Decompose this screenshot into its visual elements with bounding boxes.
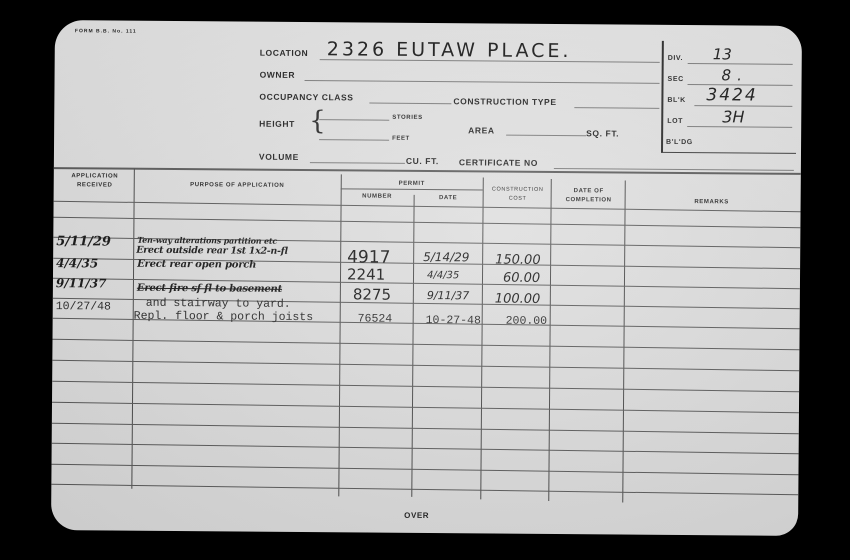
row4-permit-date: 10-27-48 [426,314,481,327]
col-divider-completion [622,181,626,503]
header-purpose: PURPOSE OF APPLICATION [134,181,341,192]
bldg-label: B'L'DG [666,139,693,146]
stories-line [319,119,389,121]
row-line [52,464,799,475]
lot-value: 3H [722,107,744,126]
certificate-label: CERTIFICATE NO [459,157,538,168]
row-line [52,381,799,392]
row3-received: 9/11/37 [56,276,107,290]
row3-permit-date: 9/11/37 [427,289,470,302]
row-line [52,360,799,371]
occupancy-line [369,103,451,105]
col-divider-purpose [338,174,342,496]
lot-label: LOT [667,118,683,125]
row2-received: 4/4/35 [56,256,98,270]
occupancy-class-label: OCCUPANCY CLASS [259,92,353,103]
height-brace: { [309,108,326,134]
blk-label: BL'K [667,97,686,104]
owner-label: OWNER [260,70,296,80]
row-line [53,339,800,350]
row1-purpose-line2: Erect outside rear 1st 1x2-n-fl [136,245,288,257]
div-line [688,63,793,65]
col-divider-date [480,177,484,499]
location-value: 2326 EUTAW PLACE. [327,38,572,62]
row4-permit-number: 76524 [358,312,393,325]
row-line [52,402,799,413]
height-label: HEIGHT [259,119,295,129]
sqft-label: SQ. FT. [586,128,619,138]
location-label: LOCATION [260,48,309,58]
row3-permit-number: 8275 [353,285,391,303]
header-construction-cost: CONSTRUCTION COST [485,185,551,204]
construction-type-label: CONSTRUCTION TYPE [453,96,556,107]
row1-cost: 150.00 [495,253,541,268]
parcel-box-bottom [661,152,796,154]
over-label: OVER [404,511,429,520]
row3-purpose: Erect fire sf fl to basement [137,283,282,295]
sec-label: SEC [668,76,684,83]
col-divider-cost [548,179,552,501]
row4-purpose-line2: Repl. floor & porch joists [134,310,314,324]
header-date-of-completion: DATE OF COMPLETION [553,187,625,206]
row2-purpose: Erect rear open porch [137,259,256,271]
permit-record-card: FORM B.B. No. 111 LOCATION 2326 EUTAW PL… [51,20,802,536]
row4-cost: 200.00 [506,315,548,328]
header-date: DATE [414,194,483,204]
row-line [51,484,798,495]
col-divider-received [131,169,135,489]
row4-purpose-line1: and stairway to yard. [146,297,291,311]
stories-label: STORIES [392,115,422,121]
row2-permit-date: 4/4/35 [427,270,459,281]
volume-line [310,162,405,164]
form-number: FORM B.B. No. 111 [75,28,137,34]
div-value: 13 [713,45,732,63]
row2-cost: 60.00 [503,271,540,286]
col-divider-number [411,195,414,497]
owner-line [305,80,660,84]
row1-received: 5/11/29 [56,234,111,249]
cuft-label: CU. FT. [406,156,439,166]
row-line [53,217,800,228]
header-remarks: REMARKS [627,198,797,208]
sec-value: 8. [722,66,748,84]
header-application-received: APPLICATION RECEIVED [56,172,134,191]
parcel-box-border [661,41,664,153]
area-label: AREA [468,125,495,135]
volume-label: VOLUME [259,152,299,162]
blk-value: 3424 [706,85,757,105]
row-line [52,443,799,454]
construction-type-line [574,107,659,109]
area-line [506,135,586,137]
row4-received: 10/27/48 [56,300,111,313]
row2-permit-number: 2241 [347,265,385,283]
row-line [52,423,799,434]
row1-permit-date: 5/14/29 [423,250,469,264]
permit-subheader-line [341,188,483,190]
row3-cost: 100.00 [495,292,541,307]
feet-line [319,139,389,141]
header-number: NUMBER [341,192,414,202]
feet-label: FEET [392,136,410,142]
div-label: DIV. [668,55,683,62]
